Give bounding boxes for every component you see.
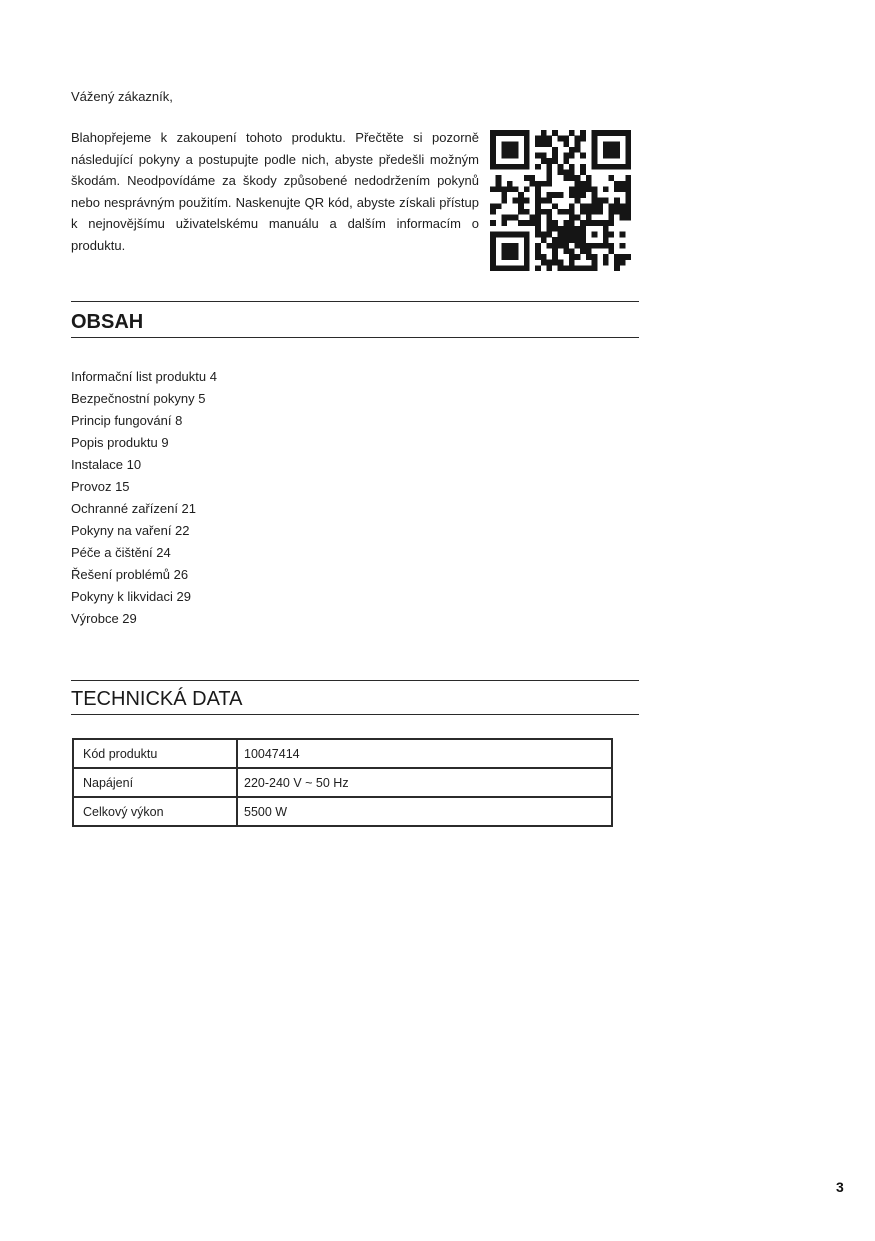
- qr-code-icon: [490, 130, 631, 271]
- page-number: 3: [836, 1179, 844, 1195]
- toc-item[interactable]: Provoz 15: [71, 476, 217, 498]
- toc-item[interactable]: Pokyny k likvidaci 29: [71, 586, 217, 608]
- toc-item[interactable]: Bezpečnostní pokyny 5: [71, 388, 217, 410]
- section-rule-top: [71, 301, 639, 302]
- toc-item[interactable]: Princip fungování 8: [71, 410, 217, 432]
- technical-data-table: Kód produktu 10047414 Napájení 220-240 V…: [72, 738, 613, 827]
- section-rule-bottom: [71, 337, 639, 338]
- spec-key: Celkový výkon: [73, 797, 237, 826]
- section-rule-top: [71, 680, 639, 681]
- toc-item[interactable]: Výrobce 29: [71, 608, 217, 630]
- table-of-contents: Informační list produktu 4 Bezpečnostní …: [71, 366, 217, 630]
- toc-item[interactable]: Ochranné zařízení 21: [71, 498, 217, 520]
- toc-item[interactable]: Péče a čištění 24: [71, 542, 217, 564]
- spec-value: 220-240 V ~ 50 Hz: [237, 768, 612, 797]
- table-row: Celkový výkon 5500 W: [73, 797, 612, 826]
- contents-heading: OBSAH: [71, 309, 143, 335]
- intro-paragraph: Blahopřejeme k zakoupení tohoto produktu…: [71, 127, 479, 257]
- toc-item[interactable]: Pokyny na vaření 22: [71, 520, 217, 542]
- spec-key: Napájení: [73, 768, 237, 797]
- toc-item[interactable]: Instalace 10: [71, 454, 217, 476]
- toc-item[interactable]: Řešení problémů 26: [71, 564, 217, 586]
- technical-data-heading: TECHNICKÁ DATA: [71, 686, 243, 712]
- table-row: Napájení 220-240 V ~ 50 Hz: [73, 768, 612, 797]
- section-rule-bottom: [71, 714, 639, 715]
- spec-value: 5500 W: [237, 797, 612, 826]
- spec-value: 10047414: [237, 739, 612, 768]
- table-row: Kód produktu 10047414: [73, 739, 612, 768]
- toc-item[interactable]: Popis produktu 9: [71, 432, 217, 454]
- spec-key: Kód produktu: [73, 739, 237, 768]
- toc-item[interactable]: Informační list produktu 4: [71, 366, 217, 388]
- greeting: Vážený zákazník,: [71, 88, 173, 106]
